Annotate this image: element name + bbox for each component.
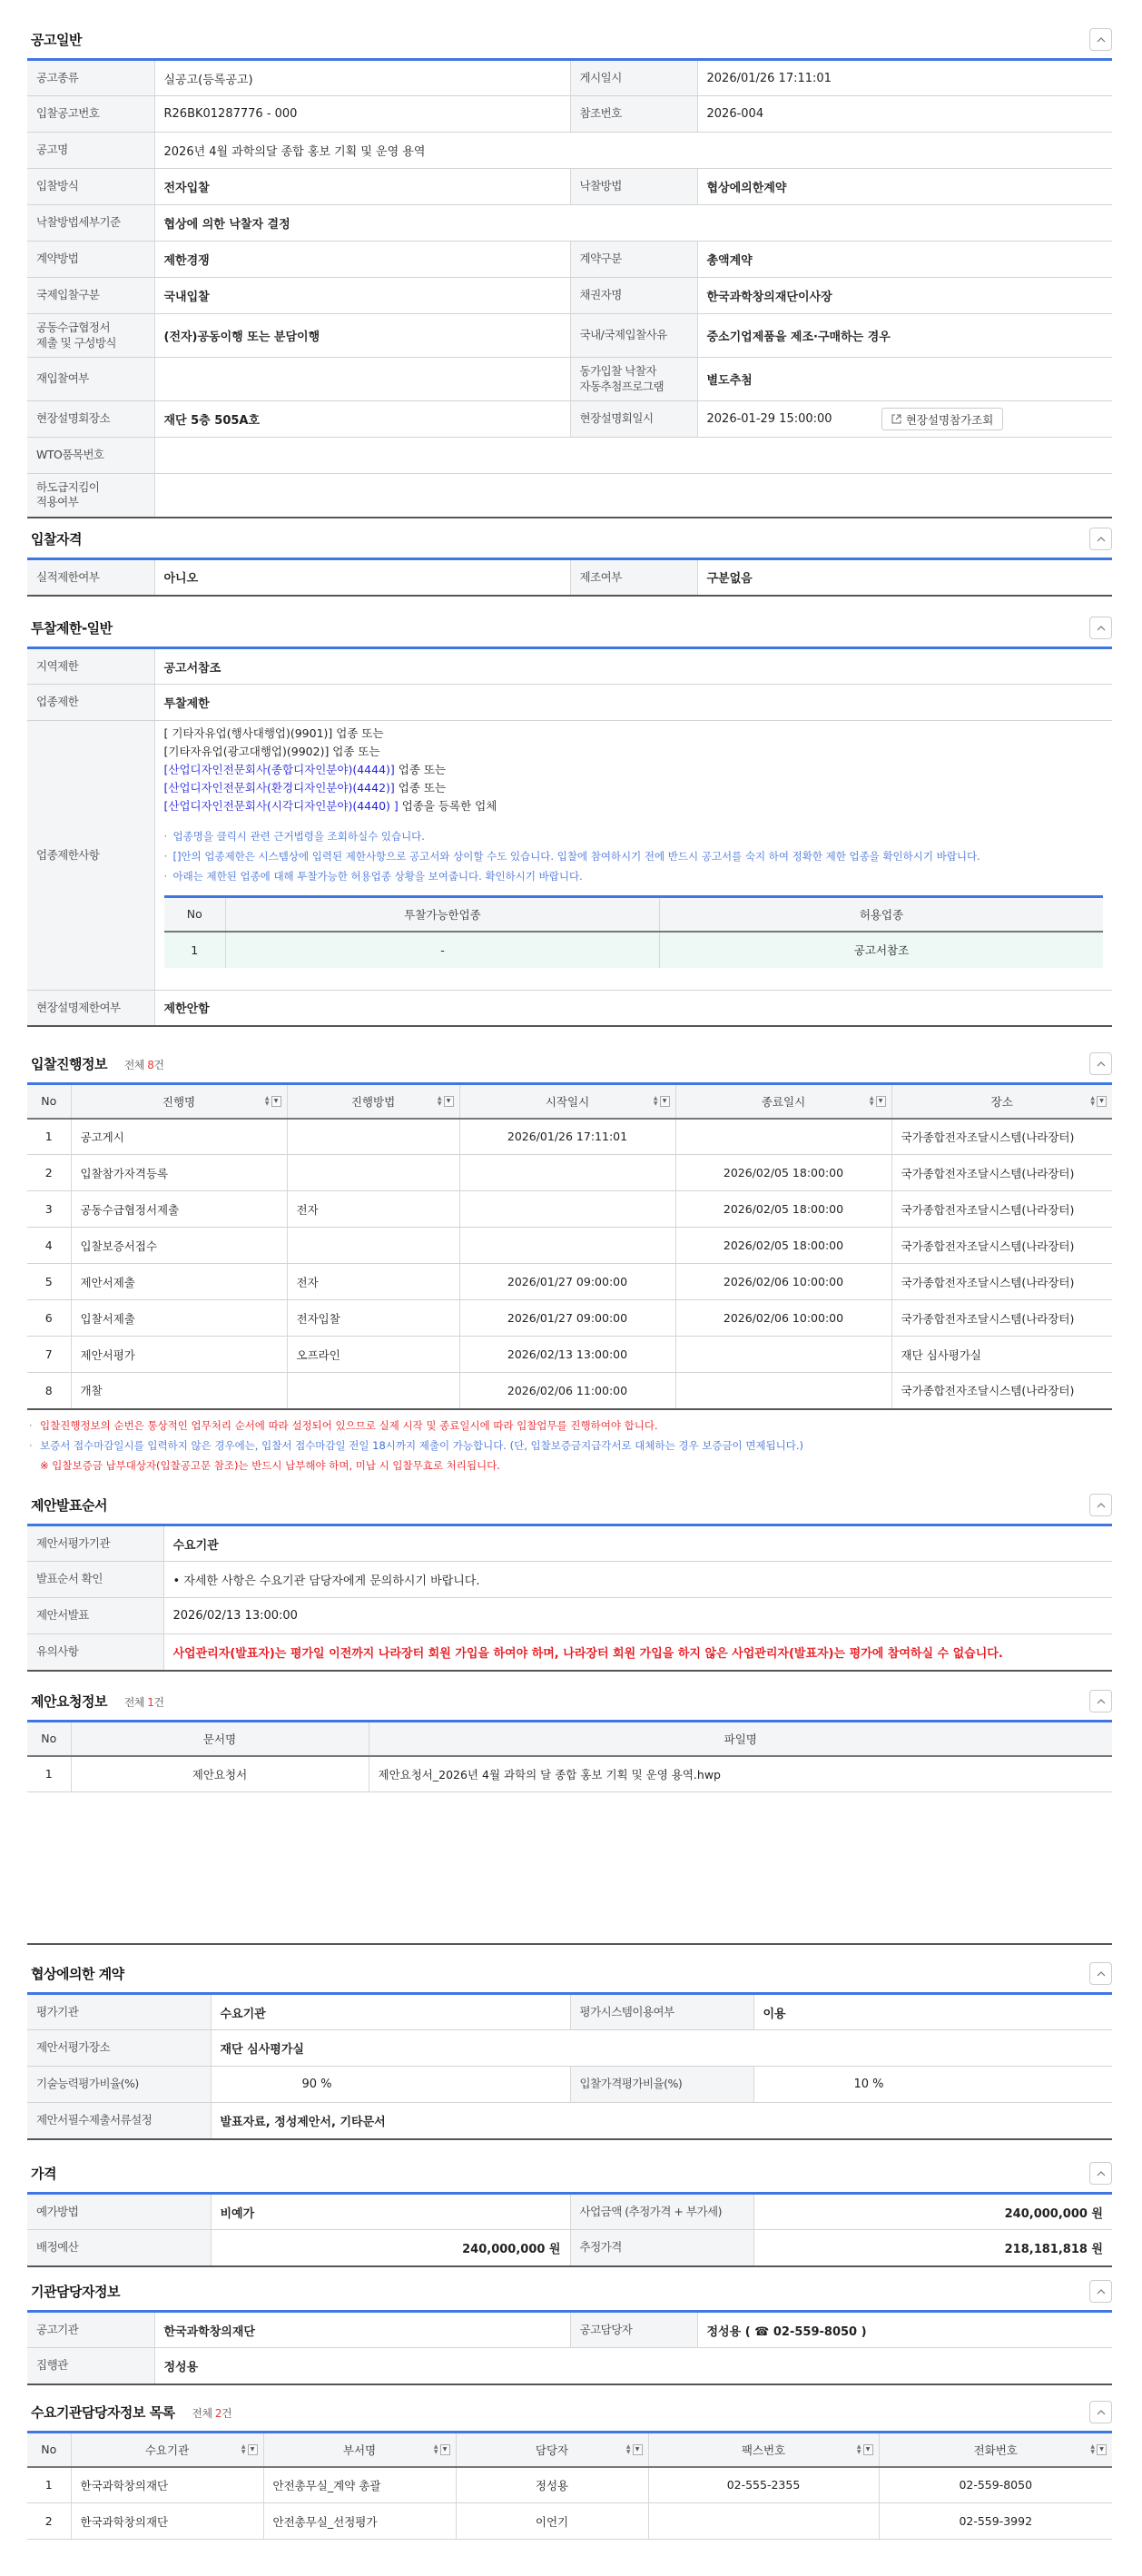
- external-link-icon: [891, 414, 901, 424]
- project-amount: 240,000,000 원: [753, 2194, 1112, 2230]
- column-header[interactable]: 시작일시▲ ▼▼: [459, 1084, 675, 1119]
- table-cell: 1: [27, 1119, 71, 1155]
- label: 공고담당자: [570, 2312, 697, 2348]
- label: 공고기관: [27, 2312, 154, 2348]
- table-cell: 2026/02/06 10:00:00: [675, 1264, 891, 1300]
- chevron-up-icon: [1097, 2289, 1106, 2295]
- officer: 정성용 ( ☎ 02-559-8050 ): [697, 2312, 1112, 2348]
- warning-item: ※ 입찰보증금 납부대상자(입찰공고문 참조)는 반드시 납부해야 하며, 미납…: [27, 1456, 1112, 1476]
- section-negotiation: 협상에의한 계약 평가기관 수요기관 평가시스템이용여부 이용 제안서평가장소 …: [27, 1952, 1112, 2140]
- section-title: 수요기관담당자정보 목록 전체 2건: [31, 2403, 231, 2422]
- table-cell: 2026/02/05 18:00:00: [675, 1155, 891, 1191]
- table-cell: 공동수급협정서제출: [71, 1191, 287, 1228]
- column-header: No: [164, 897, 226, 932]
- label: 공고명: [27, 133, 154, 169]
- table-cell: 국가종합전자조달시스템(나라장터): [891, 1300, 1112, 1337]
- price-ratio: 10 %: [753, 2067, 1112, 2103]
- table-row: 1공고게시2026/01/26 17:11:01국가종합전자조달시스템(나라장터…: [27, 1119, 1112, 1155]
- table-cell: 이언기: [456, 2503, 648, 2540]
- collapse-button[interactable]: [1089, 1690, 1112, 1712]
- intl-reason: 중소기업제품을 제조·구매하는 경우: [697, 314, 1112, 358]
- column-header[interactable]: 종료일시▲ ▼▼: [675, 1084, 891, 1119]
- table-cell: 2026/02/13 13:00:00: [459, 1337, 675, 1373]
- label: 사업금액 (추정가격 + 부가세): [570, 2194, 753, 2230]
- label: 업종제한사항: [27, 721, 154, 991]
- table-cell: [675, 1337, 891, 1373]
- label: 입찰가격평가비율(%): [570, 2067, 753, 2103]
- table-row: 8개찰2026/02/06 11:00:00국가종합전자조달시스템(나라장터): [27, 1373, 1112, 1409]
- table-cell: 국가종합전자조달시스템(나라장터): [891, 1155, 1112, 1191]
- column-header[interactable]: 전화번호▲ ▼▼: [879, 2433, 1112, 2467]
- section-title: 입찰자격: [31, 529, 82, 548]
- table-cell: 5: [27, 1264, 71, 1300]
- label: 유의사항: [27, 1634, 163, 1671]
- table-cell: 2026/01/26 17:11:01: [459, 1119, 675, 1155]
- collapse-button[interactable]: [1089, 2162, 1112, 2185]
- assigned-budget: 240,000,000 원: [211, 2230, 570, 2266]
- label: 계약방법: [27, 242, 154, 278]
- table-cell: [675, 1373, 891, 1409]
- sort-control[interactable]: ▲ ▼▼: [241, 2444, 258, 2455]
- sort-control[interactable]: ▲ ▼▼: [626, 2444, 643, 2455]
- section-progress: 입찰진행정보 전체 8건 No진행명▲ ▼▼진행방법▲ ▼▼시작일시▲ ▼▼종료…: [27, 1042, 1112, 1476]
- table-cell: 제안서제출: [71, 1264, 287, 1300]
- label: 낙찰방법: [570, 169, 697, 205]
- table-row: 2한국과학창의재단안전총무실_선정평가이언기02-559-3992: [27, 2503, 1112, 2540]
- industry-item: [기타자유업(광고대행업)(9902)] 업종 또는: [164, 743, 1104, 761]
- industry-item: [산업디자인전문회사(환경디자인분야)(4442)] 업종 또는: [164, 779, 1104, 797]
- presentation-table: 제안서평가기관 수요기관 발표순서 확인 • 자세한 사항은 수요기관 담당자에…: [27, 1524, 1112, 1672]
- tech-ratio: 90 %: [211, 2067, 570, 2103]
- table-cell: 제안요청서_2026년 4월 과학의 달 종합 홍보 기획 및 운영 용역.hw…: [369, 1756, 1112, 1792]
- label: 게시일시: [570, 60, 697, 96]
- collapse-button[interactable]: [1089, 2401, 1112, 2423]
- label: 평가기관: [27, 1994, 211, 2030]
- reference-number: 2026-004: [697, 96, 1112, 133]
- chevron-up-icon: [1097, 2171, 1106, 2176]
- bid-number: R26BK01287776 - 000: [154, 96, 570, 133]
- briefing-time-cell: 2026-01-29 15:00:00 현장설명참가조회: [697, 401, 1112, 438]
- filter-dropdown-icon[interactable]: ▼: [248, 2444, 258, 2455]
- label: 기술능력평가비율(%): [27, 2067, 211, 2103]
- label: WTO품목번호: [27, 438, 154, 474]
- section-qualification: 입찰자격 실적제한여부 아니오 제조여부 구분없음: [27, 518, 1112, 597]
- table-cell: 3: [27, 1191, 71, 1228]
- wto-number: [154, 438, 1112, 474]
- sort-arrows-icon[interactable]: ▲ ▼: [434, 2444, 438, 2455]
- column-header: 허용업종: [660, 897, 1104, 932]
- table-cell: 2026/02/06 10:00:00: [675, 1300, 891, 1337]
- total-count: 전체 2건: [192, 2407, 231, 2420]
- chevron-up-icon: [1097, 1971, 1106, 1977]
- column-header[interactable]: 담당자▲ ▼▼: [456, 2433, 648, 2467]
- label: 발표순서 확인: [27, 1562, 163, 1598]
- section-title: 기관담당자정보: [31, 2282, 120, 2301]
- rfp-table: No문서명파일명 1제안요청서제안요청서_2026년 4월 과학의 달 종합 홍…: [27, 1720, 1112, 1792]
- label: 재입찰여부: [27, 358, 154, 401]
- label: 배정예산: [27, 2230, 211, 2266]
- column-header: 문서명: [71, 1722, 369, 1756]
- industry-name: [기타자유업(광고대행업)(9902)]: [164, 745, 330, 758]
- column-header: No: [27, 1722, 71, 1756]
- filter-dropdown-icon[interactable]: ▼: [440, 2444, 450, 2455]
- allowed-industry-table: No투찰가능한업종허용업종 1-공고서참조: [164, 895, 1104, 968]
- sort-control[interactable]: ▲ ▼▼: [654, 1096, 670, 1107]
- table-cell: 제안서평가: [71, 1337, 287, 1373]
- label: 실적제한여부: [27, 559, 154, 596]
- section-presentation: 제안발표순서 제안서평가기관 수요기관 발표순서 확인 • 자세한 사항은 수요…: [27, 1484, 1112, 1672]
- presentation-date: 2026/02/13 13:00:00: [163, 1598, 1112, 1634]
- industry-name[interactable]: [산업디자인전문회사(시각디자인분야)(4440) ]: [164, 799, 399, 813]
- table-cell: 2026/01/27 09:00:00: [459, 1264, 675, 1300]
- label: 현장설명회장소: [27, 401, 154, 438]
- industry-limit: 투찰제한: [154, 685, 1112, 721]
- sort-arrows-icon[interactable]: ▲ ▼: [870, 1096, 874, 1107]
- filter-dropdown-icon[interactable]: ▼: [876, 1096, 886, 1107]
- industry-name[interactable]: [산업디자인전문회사(종합디자인분야)(4444)]: [164, 763, 395, 776]
- collapse-button[interactable]: [1089, 617, 1112, 639]
- briefing-attendance-button[interactable]: 현장설명참가조회: [881, 408, 1004, 430]
- award-method: 협상에의한계약: [697, 169, 1112, 205]
- agency-table: 공고기관 한국과학창의재단 공고담당자 정성용 ( ☎ 02-559-8050 …: [27, 2310, 1112, 2385]
- briefing-place: 재단 5층 505A호: [154, 401, 570, 438]
- notice-type: 실공고(등록공고): [154, 60, 570, 96]
- button-label: 현장설명참가조회: [906, 411, 994, 428]
- section-title: 공고일반: [31, 30, 82, 49]
- sort-control[interactable]: ▲ ▼▼: [265, 1096, 281, 1107]
- chevron-up-icon: [1097, 37, 1106, 43]
- label: 제안서평가장소: [27, 2030, 211, 2067]
- industry-name[interactable]: [산업디자인전문회사(환경디자인분야)(4442)]: [164, 781, 395, 795]
- notes-list: 업종명을 클릭시 관련 근거법령을 조회하실수 있습니다.[]안의 업종제한은 …: [164, 826, 1104, 886]
- table-cell: 한국과학창의재단: [71, 2503, 263, 2540]
- column-header: No: [27, 2433, 71, 2467]
- evaluator: 수요기관: [163, 1525, 1112, 1562]
- warning-item: 입찰진행정보의 순번은 통상적인 업무처리 순서에 따라 설정되어 있으므로 실…: [27, 1416, 1112, 1436]
- restriction-table: 지역제한 공고서참조 업종제한 투찰제한 업종제한사항 [ 기타자유업(행사대행…: [27, 646, 1112, 1027]
- label: 평가시스템이용여부: [570, 1994, 753, 2030]
- rebid: [154, 358, 570, 401]
- caution: 사업관리자(발표자)는 평가일 이전까지 나라장터 회원 가입을 하여야 하며,…: [163, 1634, 1112, 1671]
- table-cell: -: [226, 932, 660, 968]
- table-cell: 2026/01/27 09:00:00: [459, 1300, 675, 1337]
- column-header: 투찰가능한업종: [226, 897, 660, 932]
- warning-item: 보증서 접수마감일시를 입력하지 않은 경우에는, 입찰서 접수마감일 전일 1…: [27, 1436, 1112, 1456]
- section-title: 제안요청정보 전체 1건: [31, 1692, 163, 1711]
- table-row: 7제안서평가오프라인2026/02/13 13:00:00재단 심사평가실: [27, 1337, 1112, 1373]
- label: 지역제한: [27, 648, 154, 685]
- notice-name: 2026년 4월 과학의달 종합 홍보 기획 및 운영 용역: [154, 133, 1112, 169]
- label: 하도급지킴이 적용여부: [27, 474, 154, 518]
- label: 동가입찰 낙찰자 자동추첨프로그램: [570, 358, 697, 401]
- table-cell: 4: [27, 1228, 71, 1264]
- section-title: 제안발표순서: [31, 1495, 107, 1515]
- sort-control[interactable]: ▲ ▼▼: [1090, 2444, 1107, 2455]
- section-demand: 수요기관담당자정보 목록 전체 2건 No수요기관▲ ▼▼부서명▲ ▼▼담당자▲…: [27, 2391, 1112, 2540]
- filter-dropdown-icon[interactable]: ▼: [863, 2444, 873, 2455]
- industry-item: [ 기타자유업(행사대행업)(9901)] 업종 또는: [164, 725, 1104, 743]
- collapse-button[interactable]: [1089, 28, 1112, 51]
- creditor: 한국과학창의재단이사장: [697, 278, 1112, 314]
- table-cell: 2026/02/05 18:00:00: [675, 1191, 891, 1228]
- table-cell: 개찰: [71, 1373, 287, 1409]
- required-docs: 발표자료, 정성제안서, 기타문서: [211, 2103, 1112, 2139]
- table-cell: 재단 심사평가실: [891, 1337, 1112, 1373]
- sort-control[interactable]: ▲ ▼▼: [870, 1096, 886, 1107]
- tie-program: 별도추첨: [697, 358, 1112, 401]
- label: 계약구분: [570, 242, 697, 278]
- industry-item: [산업디자인전문회사(시각디자인분야)(4440) ] 업종을 등록한 업체: [164, 797, 1104, 815]
- collapse-button[interactable]: [1089, 1962, 1112, 1985]
- sort-arrows-icon[interactable]: ▲ ▼: [438, 1096, 442, 1107]
- demand-table: No수요기관▲ ▼▼부서명▲ ▼▼담당자▲ ▼▼팩스번호▲ ▼▼전화번호▲ ▼▼…: [27, 2431, 1112, 2540]
- column-header[interactable]: 진행방법▲ ▼▼: [287, 1084, 459, 1119]
- award-detail: 협상에 의한 낙찰자 결정: [154, 205, 1112, 242]
- table-cell: 입찰서제출: [71, 1300, 287, 1337]
- briefing-restriction: 제한안함: [154, 990, 1112, 1026]
- general-table: 공고종류 실공고(등록공고) 게시일시 2026/01/26 17:11:01 …: [27, 58, 1112, 518]
- section-rfp: 제안요청정보 전체 1건 No문서명파일명 1제안요청서제안요청서_2026년 …: [27, 1680, 1112, 1792]
- contract-type: 총액계약: [697, 242, 1112, 278]
- negotiation-table: 평가기관 수요기관 평가시스템이용여부 이용 제안서평가장소 재단 심사평가실 …: [27, 1992, 1112, 2140]
- table-cell: 국가종합전자조달시스템(나라장터): [891, 1264, 1112, 1300]
- section-title: 투찰제한-일반: [31, 618, 113, 637]
- contract-method: 제한경쟁: [154, 242, 570, 278]
- column-header: 파일명: [369, 1722, 1112, 1756]
- sort-arrows-icon[interactable]: ▲ ▼: [626, 2444, 631, 2455]
- table-cell: 1: [164, 932, 226, 968]
- table-row: 6입찰서제출전자입찰2026/01/27 09:00:002026/02/06 …: [27, 1300, 1112, 1337]
- joint-method: (전자)공동이행 또는 분담이행: [154, 314, 570, 358]
- filter-dropdown-icon[interactable]: ▼: [633, 2444, 643, 2455]
- sort-arrows-icon[interactable]: ▲ ▼: [1090, 1096, 1095, 1107]
- column-header[interactable]: 수요기관▲ ▼▼: [71, 2433, 263, 2467]
- collapse-button[interactable]: [1089, 528, 1112, 550]
- intl-bid: 국내입찰: [154, 278, 570, 314]
- note-item: 아래는 제한된 업종에 대해 투찰가능한 허용업종 상황을 보여줍니다. 확인하…: [164, 866, 1104, 886]
- label: 업종제한: [27, 685, 154, 721]
- table-cell: 2: [27, 2503, 71, 2540]
- table-cell: 1: [27, 2467, 71, 2503]
- table-row: 3공동수급협정서제출전자2026/02/05 18:00:00국가종합전자조달시…: [27, 1191, 1112, 1228]
- table-cell: 2: [27, 1155, 71, 1191]
- column-header[interactable]: 진행명▲ ▼▼: [71, 1084, 287, 1119]
- table-cell: 공고게시: [71, 1119, 287, 1155]
- industry-list: [ 기타자유업(행사대행업)(9901)] 업종 또는[기타자유업(광고대행업)…: [164, 721, 1104, 819]
- industry-name: [ 기타자유업(행사대행업)(9901)]: [164, 726, 333, 740]
- table-cell: 전자입찰: [287, 1300, 459, 1337]
- table-cell: 오프라인: [287, 1337, 459, 1373]
- table-cell: [459, 1228, 675, 1264]
- table-cell: [287, 1119, 459, 1155]
- table-cell: 1: [27, 1756, 71, 1792]
- chevron-up-icon: [1097, 2410, 1106, 2415]
- table-row: 2입찰참가자격등록2026/02/05 18:00:00국가종합전자조달시스템(…: [27, 1155, 1112, 1191]
- subcontract: [154, 474, 1112, 518]
- table-cell: 국가종합전자조달시스템(나라장터): [891, 1228, 1112, 1264]
- executor: 정성용: [154, 2348, 1112, 2384]
- sort-arrows-icon[interactable]: ▲ ▼: [265, 1096, 270, 1107]
- table-cell: [459, 1155, 675, 1191]
- table-cell: 입찰보증서접수: [71, 1228, 287, 1264]
- filter-dropdown-icon[interactable]: ▼: [660, 1096, 670, 1107]
- table-cell: [648, 2503, 879, 2540]
- bid-method: 전자입찰: [154, 169, 570, 205]
- label: 현장설명회일시: [570, 401, 697, 438]
- table-cell: 국가종합전자조달시스템(나라장터): [891, 1373, 1112, 1409]
- table-cell: 국가종합전자조달시스템(나라장터): [891, 1191, 1112, 1228]
- label: 참조번호: [570, 96, 697, 133]
- table-cell: 2026/02/05 18:00:00: [675, 1228, 891, 1264]
- column-header[interactable]: 부서명▲ ▼▼: [263, 2433, 456, 2467]
- table-cell: 8: [27, 1373, 71, 1409]
- column-header[interactable]: 팩스번호▲ ▼▼: [648, 2433, 879, 2467]
- industry-detail: [ 기타자유업(행사대행업)(9901)] 업종 또는[기타자유업(광고대행업)…: [154, 721, 1112, 991]
- label: 입찰공고번호: [27, 96, 154, 133]
- label: 제안서평가기관: [27, 1525, 163, 1562]
- table-cell: 02-559-3992: [879, 2503, 1112, 2540]
- column-header: No: [27, 1084, 71, 1119]
- table-cell: 전자: [287, 1191, 459, 1228]
- section-agency: 기관담당자정보 공고기관 한국과학창의재단 공고담당자 정성용 ( ☎ 02-5…: [27, 2270, 1112, 2385]
- filter-dropdown-icon[interactable]: ▼: [1097, 1096, 1107, 1107]
- label: 현장설명제한여부: [27, 990, 154, 1026]
- briefing-time: 2026-01-29 15:00:00: [707, 412, 832, 426]
- sort-control[interactable]: ▲ ▼▼: [1090, 1096, 1107, 1107]
- sort-arrows-icon[interactable]: ▲ ▼: [1090, 2444, 1095, 2455]
- label: 추정가격: [570, 2230, 753, 2266]
- agency-name: 한국과학창의재단: [154, 2312, 570, 2348]
- table-cell: 안전총무실_선정평가: [263, 2503, 456, 2540]
- label: 집행관: [27, 2348, 154, 2384]
- region-limit: 공고서참조: [154, 648, 1112, 685]
- table-cell: 입찰참가자격등록: [71, 1155, 287, 1191]
- total-count: 전체 8건: [124, 1059, 164, 1071]
- collapse-button[interactable]: [1089, 1052, 1112, 1075]
- table-cell: 제안요청서: [71, 1756, 369, 1792]
- filter-dropdown-icon[interactable]: ▼: [444, 1096, 454, 1107]
- sort-arrows-icon[interactable]: ▲ ▼: [857, 2444, 861, 2455]
- estimated-price: 218,181,818 원: [753, 2230, 1112, 2266]
- label: 공동수급협정서 제출 및 구성방식: [27, 314, 154, 358]
- total-count: 전체 1건: [124, 1696, 164, 1709]
- posted-date: 2026/01/26 17:11:01: [697, 60, 1112, 96]
- divider: [27, 1943, 1112, 1945]
- filter-dropdown-icon[interactable]: ▼: [271, 1096, 281, 1107]
- collapse-button[interactable]: [1089, 1494, 1112, 1516]
- section-restriction: 투찰제한-일반 지역제한 공고서참조 업종제한 투찰제한 업종제한사항 [ 기타…: [27, 607, 1112, 1027]
- performance-limit: 아니오: [154, 559, 570, 596]
- sort-arrows-icon[interactable]: ▲ ▼: [241, 2444, 246, 2455]
- sort-control[interactable]: ▲ ▼▼: [857, 2444, 873, 2455]
- chevron-up-icon: [1097, 1699, 1106, 1704]
- label: 국제입찰구분: [27, 278, 154, 314]
- table-cell: 2026/02/06 11:00:00: [459, 1373, 675, 1409]
- table-cell: 6: [27, 1300, 71, 1337]
- table-cell: 공고서참조: [660, 932, 1104, 968]
- table-row: 5제안서제출전자2026/01/27 09:00:002026/02/06 10…: [27, 1264, 1112, 1300]
- table-cell: 02-559-8050: [879, 2467, 1112, 2503]
- label: 제안서발표: [27, 1598, 163, 1634]
- table-cell: [287, 1155, 459, 1191]
- section-general: 공고일반 공고종류 실공고(등록공고) 게시일시 2026/01/26 17:1…: [27, 18, 1112, 518]
- chevron-up-icon: [1097, 1061, 1106, 1067]
- label: 제조여부: [570, 559, 697, 596]
- label: 국내/국제입찰사유: [570, 314, 697, 358]
- table-cell: [287, 1228, 459, 1264]
- section-title: 입찰진행정보 전체 8건: [31, 1054, 163, 1073]
- table-row: 1제안요청서제안요청서_2026년 4월 과학의 달 종합 홍보 기획 및 운영…: [27, 1756, 1112, 1792]
- table-cell: 안전총무실_계약 총괄: [263, 2467, 456, 2503]
- label: 제안서필수제출서류설정: [27, 2103, 211, 2139]
- collapse-button[interactable]: [1089, 2280, 1112, 2303]
- table-row: 4입찰보증서접수2026/02/05 18:00:00국가종합전자조달시스템(나…: [27, 1228, 1112, 1264]
- system-usage: 이용: [753, 1994, 1112, 2030]
- label: 예가방법: [27, 2194, 211, 2230]
- chevron-up-icon: [1097, 626, 1106, 631]
- industry-item: [산업디자인전문회사(종합디자인분야)(4444)] 업종 또는: [164, 761, 1104, 779]
- table-cell: 7: [27, 1337, 71, 1373]
- note-item: []안의 업종제한은 시스템상에 입력된 제한사항으로 공고서와 상이할 수도 …: [164, 846, 1104, 866]
- table-cell: 전자: [287, 1264, 459, 1300]
- table-cell: [459, 1191, 675, 1228]
- chevron-up-icon: [1097, 1503, 1106, 1508]
- table-cell: 정성용: [456, 2467, 648, 2503]
- warning-list: 입찰진행정보의 순번은 통상적인 업무처리 순서에 따라 설정되어 있으므로 실…: [27, 1410, 1112, 1476]
- sort-control[interactable]: ▲ ▼▼: [438, 1096, 454, 1107]
- table-cell: 02-555-2355: [648, 2467, 879, 2503]
- note-item: 업종명을 클릭시 관련 근거법령을 조회하실수 있습니다.: [164, 826, 1104, 846]
- section-title: 협상에의한 계약: [31, 1964, 124, 1983]
- sort-arrows-icon[interactable]: ▲ ▼: [654, 1096, 658, 1107]
- price-table: 예가방법 비예가 사업금액 (추정가격 + 부가세) 240,000,000 원…: [27, 2192, 1112, 2267]
- qualification-table: 실적제한여부 아니오 제조여부 구분없음: [27, 558, 1112, 597]
- label: 공고종류: [27, 60, 154, 96]
- table-cell: 한국과학창의재단: [71, 2467, 263, 2503]
- label: 입찰방식: [27, 169, 154, 205]
- table-row: 1-공고서참조: [164, 932, 1104, 968]
- table-row: 1한국과학창의재단안전총무실_계약 총괄정성용02-555-235502-559…: [27, 2467, 1112, 2503]
- sort-control[interactable]: ▲ ▼▼: [434, 2444, 450, 2455]
- evaluation-place: 재단 심사평가실: [211, 2030, 1112, 2067]
- filter-dropdown-icon[interactable]: ▼: [1097, 2444, 1107, 2455]
- label: 채권자명: [570, 278, 697, 314]
- table-cell: [287, 1373, 459, 1409]
- label: 낙찰방법세부기준: [27, 205, 154, 242]
- price-method: 비예가: [211, 2194, 570, 2230]
- progress-table: No진행명▲ ▼▼진행방법▲ ▼▼시작일시▲ ▼▼종료일시▲ ▼▼장소▲ ▼▼ …: [27, 1082, 1112, 1410]
- chevron-up-icon: [1097, 537, 1106, 542]
- evaluator: 수요기관: [211, 1994, 570, 2030]
- column-header[interactable]: 장소▲ ▼▼: [891, 1084, 1112, 1119]
- manufacturing: 구분없음: [697, 559, 1112, 596]
- presentation-order: • 자세한 사항은 수요기관 담당자에게 문의하시기 바랍니다.: [163, 1562, 1112, 1598]
- table-cell: 국가종합전자조달시스템(나라장터): [891, 1119, 1112, 1155]
- section-price: 가격 예가방법 비예가 사업금액 (추정가격 + 부가세) 240,000,00…: [27, 2152, 1112, 2267]
- section-title: 가격: [31, 2164, 56, 2183]
- table-cell: [675, 1119, 891, 1155]
